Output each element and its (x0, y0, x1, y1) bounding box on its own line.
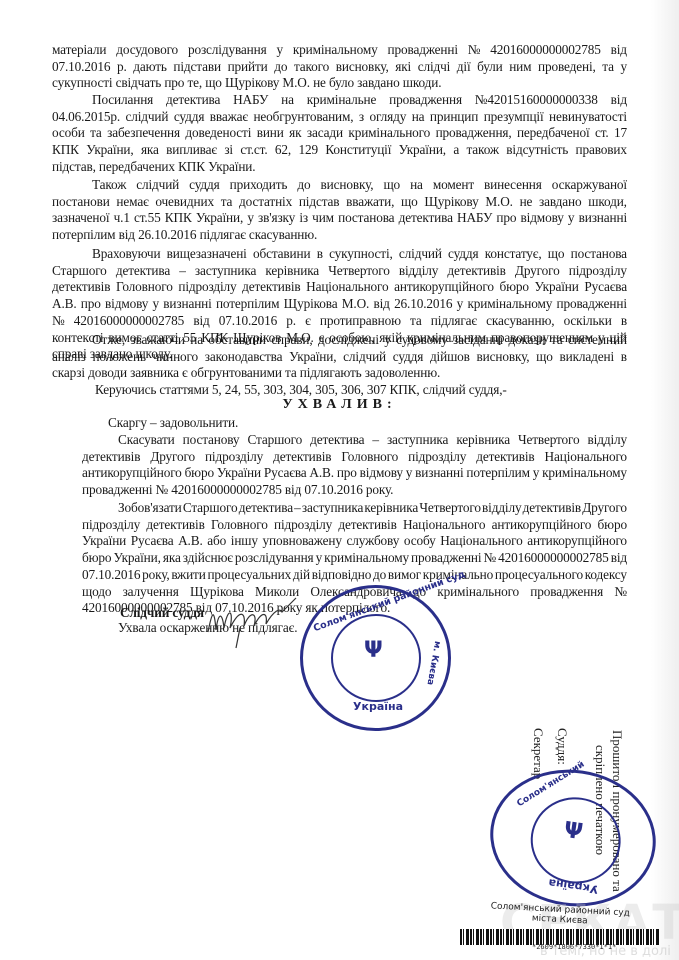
ruling-line: провадженні № 42016000000002785 від 07.1… (82, 482, 393, 498)
stamp-bottom-text: Україна (353, 700, 403, 713)
ruling-line: Скаргу – задовольнити. (108, 415, 238, 431)
paragraph-line: Враховуючивищезазначеніобставинивсукупно… (92, 246, 627, 262)
paragraph-line: 07.10.2016р.даютьпідставиприйтидотакогов… (52, 59, 627, 75)
paragraph-line: Отже,зважаючинаобставинисправи,досліджен… (92, 332, 627, 348)
certification-stamp: Ψ Солом'янський Україна (481, 759, 664, 917)
paragraph-line: Керуючись статтями 5, 24, 55, 303, 304, … (95, 382, 507, 398)
paragraph-line: сукупності свідчать про те, що Щурікову … (52, 75, 441, 91)
ruling-line: Зобов'язатиСтаршогодетектива–заступникак… (118, 500, 627, 516)
paragraph-line: Такожслідчийсуддяприходитьдовисновку,щон… (92, 177, 627, 193)
ruling-line: детективівДругогопідрозділудетективівГол… (82, 449, 627, 465)
paragraph-line: Старшогодетектива–заступникакерівникаЧет… (52, 263, 627, 279)
ruling-line: УкраїниРусаєваА.В.абоіншууповноваженуслу… (82, 533, 627, 549)
ruling-line: підрозділудетективівГоловногопідрозділуд… (82, 517, 627, 533)
ruling-line: бюроУкраїни,яказдійснюєрозслідуванняукри… (82, 550, 627, 566)
certification-judge-label: Суддя: (554, 728, 570, 765)
trident-emblem-icon: Ψ (364, 638, 383, 663)
paragraph-line: матеріалидосудовогорозслідуванняукриміна… (52, 42, 627, 58)
signature-label: Слідчий суддя (120, 605, 204, 621)
paragraph-line: скарзі доводи заявника є обгрунтованими … (52, 365, 440, 381)
barcode-number: *2609*1806*7330*1*1* (532, 943, 616, 951)
court-stamp: Ψ Солом'янський районний суд м. Києва Ук… (300, 585, 451, 731)
paragraph-line: КПКУкраїни,якавипливаєзіст.ст.62,129Конс… (52, 142, 627, 158)
page-edge-shadow (651, 0, 679, 960)
paragraph-line: ПосиланнядетективаНАБУнакримінальнепрова… (92, 92, 627, 108)
paragraph-line: потерпілим від 26.10.2016 підлягає скасу… (52, 227, 317, 243)
paragraph-line: детективівГоловногопідрозділудетективівН… (52, 279, 627, 295)
stamp-right-text: м. Києва (425, 640, 443, 686)
trident-emblem-icon: Ψ (562, 818, 584, 845)
ruling-line: 07.10.2016року,вжитипроцесуальнихдійвідп… (82, 567, 627, 583)
ruling-line: антикорупційногобюроУкраїниРусаєваА.В.пр… (82, 465, 627, 481)
paragraph-line: постановинемаєочевиднихтадостатніхпідста… (52, 194, 627, 210)
paragraph-line: аналізположеньчинногозаконодавстваУкраїн… (52, 349, 627, 365)
paragraph-line: зазначеноїч.1ст.55КПКУкраїни,узв'язкуізч… (52, 210, 627, 226)
ruling-heading: УХВАЛИВ: (0, 397, 679, 413)
paragraph-line: №42016000000002785від07.10.2016р.єпротип… (52, 313, 627, 329)
paragraph-line: підстав, передбачених КПК України. (52, 159, 255, 175)
ruling-line: СкасуватипостановуСтаршогодетектива–заст… (118, 432, 627, 448)
paragraph-line: А.В.провідмовуувизнанніпотерпілимЩуріков… (52, 296, 627, 312)
paragraph-line: 04.06.2015р.слідчийсуддявважаєнеобгрунто… (52, 109, 627, 125)
paragraph-line: особитазабезпеченнядоведеностівиниякзаса… (52, 125, 627, 141)
